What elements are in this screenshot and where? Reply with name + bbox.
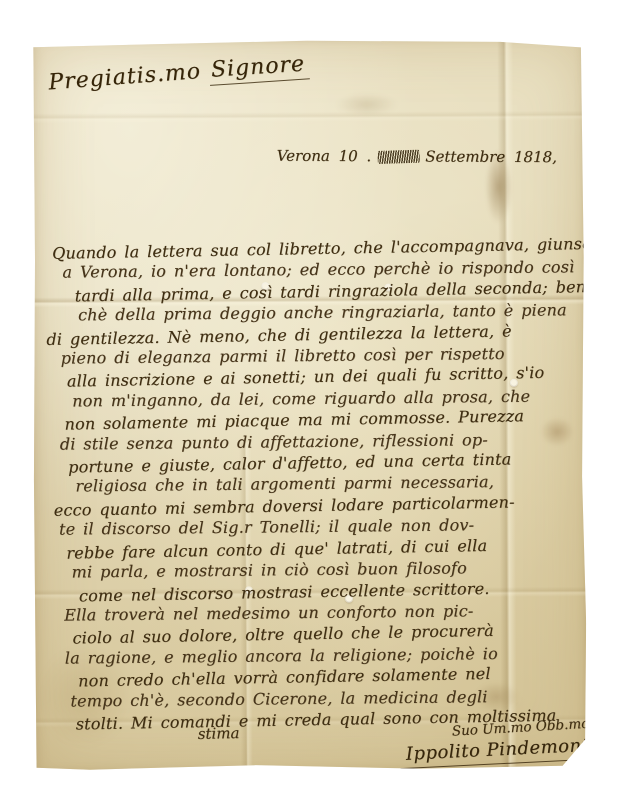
signature: Ippolito Pindemonte xyxy=(399,734,611,769)
scan-background: Pregiatis.moSignore Verona 10 .Settembre… xyxy=(0,0,622,800)
salutation: Pregiatis.moSignore xyxy=(48,51,310,98)
closing-stima: stima xyxy=(198,724,240,743)
dateline: Verona 10 .Settembre 1818, xyxy=(277,147,557,166)
salutation-addressee: Signore xyxy=(208,51,310,86)
salutation-honorific: Pregiatis.mo xyxy=(48,59,202,95)
dateline-place-day: Verona 10 . xyxy=(277,147,372,165)
crossed-out-word xyxy=(377,150,419,164)
dateline-month-year: Settembre 1818, xyxy=(425,147,557,166)
letter-body: Quando la lettera sua col libretto, che … xyxy=(44,234,598,734)
letter-paper: Pregiatis.moSignore Verona 10 .Settembre… xyxy=(31,39,587,772)
